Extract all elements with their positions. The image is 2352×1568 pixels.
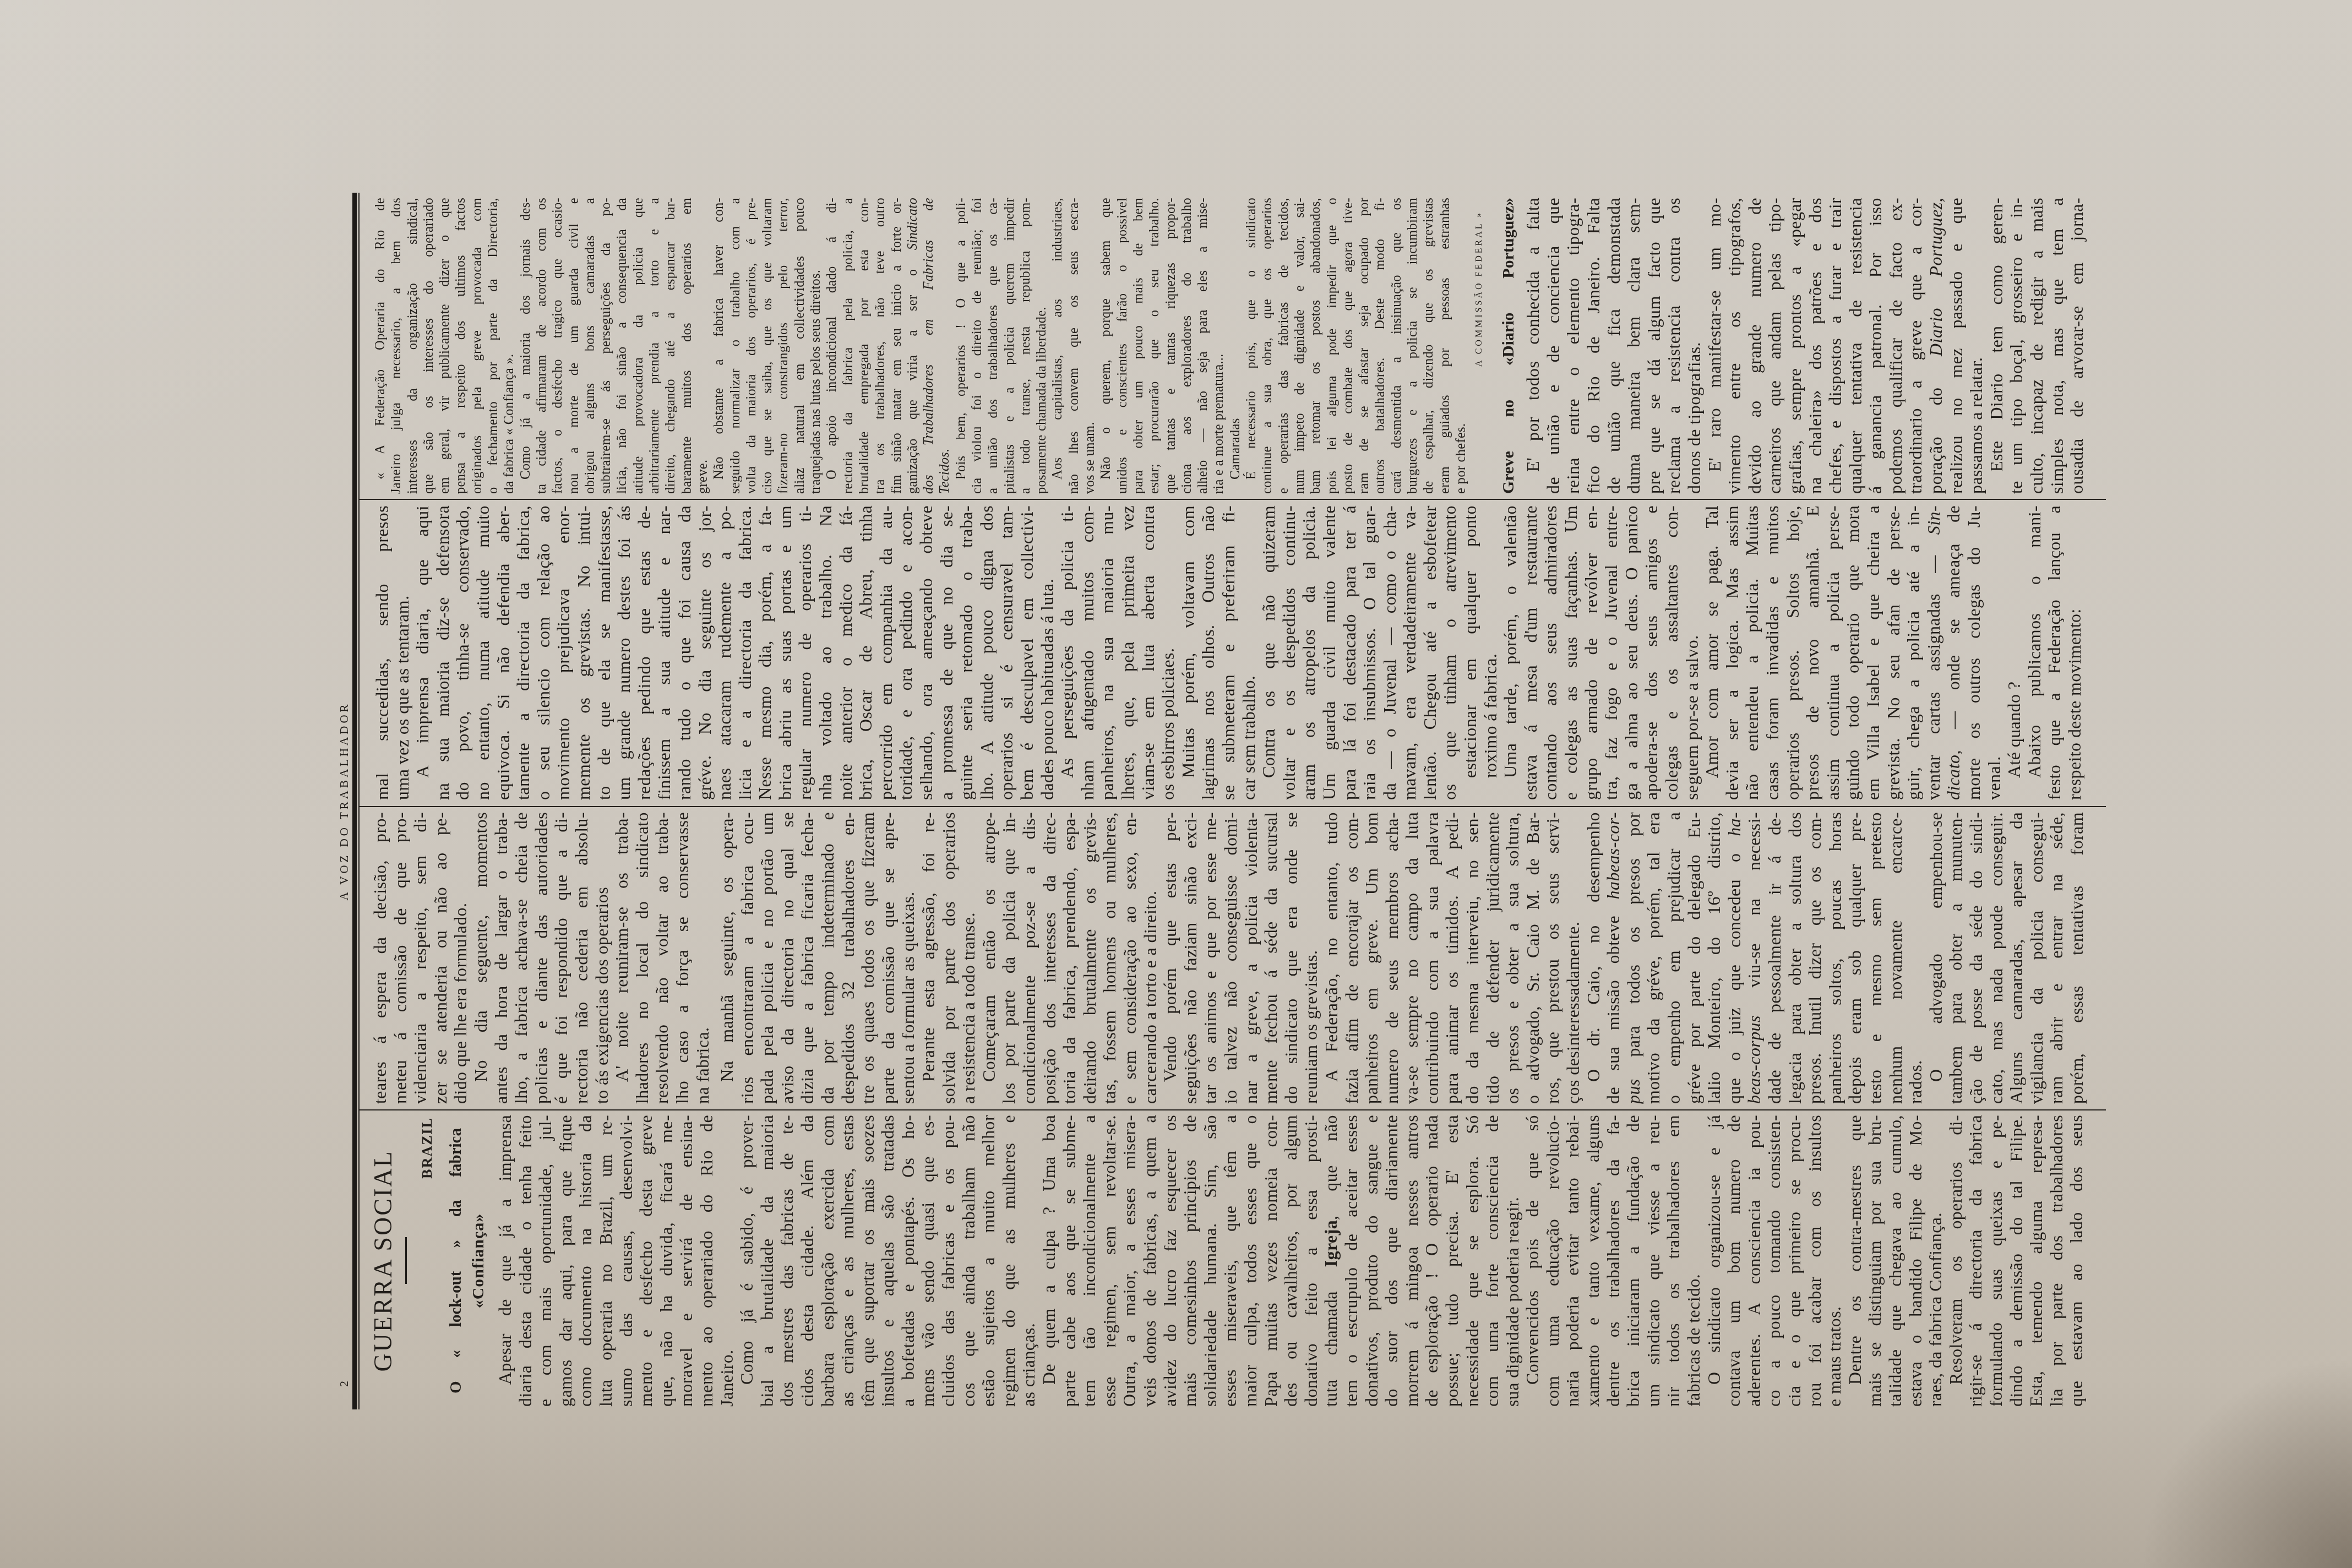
text-line: estava o bandido Filipe de Mo- [1905, 1115, 1926, 1407]
text-line: panheiros em greve. Um bom [1362, 812, 1382, 1104]
text-line: maior culpa, todos esses que o [1240, 1115, 1261, 1407]
paragraph: Aos capitalistas, aos industriaes,não lh… [1049, 198, 1098, 494]
text-line: que, não ha duvida, ficará me- [656, 1115, 677, 1407]
text-line: grupo armado de revólver en- [1581, 505, 1602, 800]
text-line: traordinario a greve que a cor- [1905, 198, 1926, 494]
text-line: rou foi acabar com os insultos [1805, 1115, 1825, 1407]
paragraph: mal succedidas, sendo presosuma vez os q… [372, 505, 412, 800]
text-line: ciona aos exploradores do trabalho [1179, 198, 1195, 494]
section-title: GUERRA SOCIAL [370, 1115, 396, 1407]
text-span: poração do [1926, 356, 1946, 494]
text-line: á ganancia patronal. Por isso [1865, 198, 1886, 494]
text-line: viam-se em luta aberta contra [1138, 505, 1158, 800]
text-line: ventar cartas assignadas — Sin- [1924, 505, 1944, 800]
text-line: dos mestres das fabricas de te- [777, 1115, 797, 1407]
text-line: a união dos trabalhadores que os ca- [985, 198, 1001, 494]
text-line: gréve por parte do delegado Eu- [1684, 812, 1705, 1104]
text-line: brica, Oscar de Abreu, tinha [856, 505, 876, 800]
text-line: aviso da directoria no qual se [777, 812, 798, 1104]
text-line: chefes, e dispostos a furar e trair [1825, 198, 1845, 494]
text-line: antes da hora de largar o traba- [491, 812, 511, 1104]
text-span: ventar cartas assignadas — [1924, 535, 1943, 800]
text-line: tido de defender juridicamente [1483, 812, 1503, 1104]
text-line: ga a alma ao seu deus. O panico [1621, 505, 1642, 800]
text-line: fazia afim de encorajar os com- [1342, 812, 1362, 1104]
text-line: cará desmentida a insinuação que os [1389, 198, 1404, 494]
text-line: qualquer tentativa de resistencia [1845, 198, 1866, 494]
text-line: posto de combate dos que agora tive- [1340, 198, 1356, 494]
paragraph: Este Diario tem como geren-te um tipo bo… [1986, 198, 2087, 494]
text-line: e por chefes. [1453, 198, 1469, 494]
text-line: burguezes e a policia se incumbiram [1404, 198, 1420, 494]
text-line: cia e o que primeiro se procu- [1784, 1115, 1805, 1407]
text-line: selhando, ora ameaçando obteve [916, 505, 937, 800]
text-line: rios encontraram a fabrica ocu- [737, 812, 758, 1104]
text-line: nha voltado ao trabalho. Na [815, 505, 836, 800]
text-line: formulando suas queixas e pe- [1986, 1115, 2006, 1407]
paragraph: É necessario pois, que o sindicatocontin… [1243, 198, 1469, 494]
text-line: lia por parte dos trabalhadores [2046, 1115, 2067, 1407]
text-line: esses miseraveis, que têm a [1220, 1115, 1240, 1407]
text-line: que tantas e tantas riquezas propor- [1163, 198, 1179, 494]
text-line: apodera-se dos seus amigos e [1641, 505, 1662, 800]
text-line: lhadores no local do sindicato [632, 812, 652, 1104]
column-1: GUERRA SOCIAL BRAZIL O « lock-out » da f… [370, 1115, 2087, 1407]
text-line: para animar os timidos. A pedi- [1442, 812, 1462, 1104]
text-line: zer se atenderia ou não ao pe- [431, 812, 451, 1104]
text-line: pois lei alguma pode impedir que o [1324, 198, 1340, 494]
text-line: nir todos os trabalhadores em [1663, 1115, 1684, 1407]
text-line: as crianças. [1019, 1115, 1039, 1407]
paragraph: E' raro manifestar-se um mo-vimento entr… [1705, 198, 1986, 494]
text-line: Dentre os contra-mestres que [1845, 1115, 1865, 1407]
text-line: teares á espera da decisão, pro- [370, 812, 390, 1104]
text-line: mento ao operariado do Rio de [696, 1115, 717, 1407]
paragraph: O advogado empenhou-setambem para obter … [1926, 812, 2087, 1104]
text-line: luta operaria no Brazil, um re- [596, 1115, 616, 1407]
text-line: para lá foi destacado para ter á [1340, 505, 1360, 800]
text-line: dos Trabalhadores em Fabricas de [921, 198, 937, 494]
text-line: ram abrir e entrar na séde, [2046, 812, 2067, 1104]
paragraph: As perseguições da policia ti-nham afuge… [1057, 505, 1178, 800]
text-line: simples nota, mas que tem a [2047, 198, 2067, 494]
text-line: com uma forte consciencia de [1482, 1115, 1502, 1407]
text-line: Muitas porém, voltavam com [1178, 505, 1199, 800]
text-line: cos que ainda trabalham não [959, 1115, 979, 1407]
text-line: dido que lhe era formulado. [450, 812, 471, 1104]
text-line: Perante esta agressão, foi re- [918, 812, 939, 1104]
text-line: beas-corpus viu-se na necessi- [1744, 812, 1765, 1104]
text-span: viu-se na necessi- [1744, 812, 1764, 1015]
text-line: rados. [1905, 812, 1926, 1104]
text-line: De quem a culpa ? Uma boa [1039, 1115, 1059, 1407]
paragraph: Apesar de que já a imprensadiaria desta … [495, 1115, 737, 1407]
text-line: panheiros, na sua maioria mu- [1097, 505, 1118, 800]
text-line: dades pouco habituadas á luta. [1037, 505, 1058, 800]
text-line: naria poderia evitar tanto rebai- [1562, 1115, 1583, 1407]
text-line: rigir-se á directoria da fabrica [1966, 1115, 1986, 1407]
text-line: com uma educação revolucio- [1543, 1115, 1563, 1407]
text-line: sumo das causas, desenvolvi- [616, 1115, 636, 1407]
text-line: Janeiro. [717, 1115, 737, 1407]
text-line: Amor com amor se paga. Tal [1702, 505, 1722, 800]
paragraph: « A Federação Operaria do Rio deJaneiro … [372, 198, 518, 494]
text-line: Uma tarde, porém, o valentão [1500, 505, 1521, 800]
paragraph: Começaram então os atrope-los por parte … [979, 812, 1160, 1104]
spacer [490, 1115, 495, 1407]
text-line: e com mais oportunidade, jul- [535, 1115, 556, 1407]
text-span: ganização que viria a ser o [905, 250, 920, 494]
text-line: estava á mesa d'um restaurante [1521, 505, 1541, 800]
italic-span: pus [1624, 1079, 1643, 1104]
text-line: naes atacaram rudemente a po- [715, 505, 735, 800]
text-line: Papa muitas vezes nomeia con- [1261, 1115, 1281, 1407]
paragraph: Pois bem, operarios ! O que a poli-cia v… [953, 198, 1050, 494]
text-line: testo e mesmo sem pretesto [1865, 812, 1886, 1104]
text-line: a resistencia a todo transe. [959, 812, 979, 1104]
text-line: as crianças e as mulheres, estas [837, 1115, 858, 1407]
paragraph: Até quando ? [2004, 505, 2024, 800]
text-line: O sindicato organizou-se e já [1704, 1115, 1724, 1407]
text-line: guindo todo operario que mora [1843, 505, 1863, 800]
text-line: na chaleira» dos patrões e dos [1805, 198, 1826, 494]
text-line: talidade que chegava ao cumulo, [1885, 1115, 1905, 1407]
text-line: lagrimas nos olhos. Outros não [1198, 505, 1218, 800]
text-line: presos de novo amanhã. E [1803, 505, 1823, 800]
text-line: regular numero de operarios ti- [795, 505, 815, 800]
text-line: gréve. No dia seguinte os jor- [695, 505, 715, 800]
text-line: possue; tudo precisa. E' esta [1442, 1115, 1462, 1407]
paragraph: Vendo porém que estas per-seguições não … [1160, 812, 1321, 1104]
text-line: resolvendo não voltar ao traba- [652, 812, 672, 1104]
paragraph: Amor com amor se paga. Taldevia ser a lo… [1702, 505, 2004, 800]
text-line: seguem por-se a salvo. [1682, 505, 1702, 800]
text-line: sentou a formular as queixas. [898, 812, 918, 1104]
text-line: O apoio incondicional dado á di- [824, 198, 840, 494]
paragraph: Como já a maioria dos jornais des-ta cid… [518, 198, 711, 494]
text-line: voltar e os despedidos continu- [1279, 505, 1299, 800]
text-span: para todos os presos por [1624, 812, 1643, 1079]
header-rule-thick [352, 193, 357, 1409]
text-line: pada pela policia e no portão um [757, 812, 777, 1104]
text-line: O dr. Caio, no desempenho [1583, 812, 1604, 1104]
text-line: Tecidos. [937, 198, 952, 494]
text-line: da fabrica « Confiança ». [501, 198, 517, 494]
text-line: movimento prejudicava enor- [553, 505, 574, 800]
text-line: depois eram sob qualquer pre- [1845, 812, 1865, 1104]
text-line: meteu á comissão de que pro- [390, 812, 411, 1104]
text-line: festo que a Federação lançou a [2044, 505, 2065, 800]
text-line: mal succedidas, sendo presos [372, 505, 393, 800]
text-line: Janeiro julga necessario, a bem dos [388, 198, 404, 494]
text-line: legacia para obter a soltura dos [1785, 812, 1805, 1104]
text-line: tem tão incondicionalmente a [1079, 1115, 1099, 1407]
paragraph: estacionar em qualquer ponto [1460, 505, 1480, 800]
text-line: Outra, a maior, a esses misera- [1119, 1115, 1140, 1407]
text-line: alheio — não seja para eles a mise- [1195, 198, 1211, 494]
text-line: unidos e conscientes farão o possivel [1114, 198, 1130, 494]
text-line: Aos capitalistas, aos industriaes, [1049, 198, 1065, 494]
text-line: licia e a directoria da fabrica. [735, 505, 755, 800]
paragraph: O apoio incondicional dado á di-rectoria… [824, 198, 952, 494]
text-line: num impeto de dignidade e valor, sai- [1292, 198, 1308, 494]
text-line: do sindicato que era onde se [1281, 812, 1302, 1104]
article-headline: O « lock-out » da fabrica [445, 1128, 467, 1393]
text-line: contando aos seus admiradores [1540, 505, 1561, 800]
running-head: 2 A VOZ DO TRABALHADOR [336, 190, 352, 1412]
text-line: volta da maioria dos operarios, é pre- [743, 198, 759, 494]
text-line: lho, a fabrica achava-se cheia de [511, 812, 531, 1104]
text-line: obrigou alguns bons camaradas a [582, 198, 598, 494]
text-line: da por tempo indeterminado e [818, 812, 838, 1104]
text-line: Contra os que não quizeram [1259, 505, 1279, 800]
text-line: ta cidade afirmaram de acordo com os [533, 198, 549, 494]
text-span: que o juiz que concedeu o [1724, 836, 1744, 1104]
text-line: finissem a sua atitude e nar- [654, 505, 674, 800]
paragraph: Dentre os contra-mestres quemais se dist… [1845, 1115, 1946, 1407]
column-2: teares á espera da decisão, pro-meteu á … [370, 812, 2087, 1104]
text-line: Pois bem, operarios ! O que a poli- [953, 198, 969, 494]
paragraph: Convencidos pois de que sócom uma educaç… [1522, 1115, 1703, 1407]
text-line: lentão. Chegou até a esbofetear [1420, 505, 1440, 800]
text-line: aram os atropelos da policia. [1299, 505, 1319, 800]
text-line: posição dos interesses da direc- [1039, 812, 1060, 1104]
text-line: estar; procurarão que o seu trabalho. [1146, 198, 1162, 494]
text-line: reina entre o elemento tipogra- [1563, 198, 1583, 494]
paragraph: A imprensa diaria, que aquina sua maiori… [412, 505, 1057, 800]
italic-span: Sin- [1924, 505, 1943, 535]
text-line: tamente a directoria da fabrica, [513, 505, 533, 800]
text-line: motivo da gréve, porém, tal era [1643, 812, 1664, 1104]
text-line: da — o Juvenal — como o cha- [1380, 505, 1400, 800]
text-line: nar a greve, a policia violenta- [1241, 812, 1261, 1104]
newspaper-page: 2 A VOZ DO TRABALHADOR GUERRA SOCIAL BRA… [319, 190, 2109, 1412]
column-rule-2 [360, 806, 2106, 807]
text-line: no entanto, numa atitude muito [473, 505, 493, 800]
text-line: A Federação, no entanto, tudo [1321, 812, 1342, 1104]
text-span: , que não [1321, 1115, 1341, 1220]
text-line: a promessa de que no dia se- [937, 505, 957, 800]
text-line: É necessario pois, que o sindicato [1243, 198, 1259, 494]
text-line: roximo á fabrica. [1480, 505, 1501, 800]
text-line: fico do Rio de Janeiro. Falta [1583, 198, 1604, 494]
text-line: parte cabe aos que se subme- [1059, 1115, 1080, 1407]
section-kicker: BRAZIL [416, 1115, 438, 1407]
text-line: originados pela greve provocada com [469, 198, 485, 494]
text-span: tuta chamada [1321, 1267, 1341, 1407]
text-line: culto, incapaz de redigir a mais [2027, 198, 2047, 494]
section-divider-line [405, 1237, 407, 1284]
text-line: aliaz natural em collectividades pouco [792, 198, 808, 494]
text-line: vos se unam. [1082, 198, 1098, 494]
text-line: factos, o desfecho tragico que ocasio- [549, 198, 565, 494]
text-line: realizou no mez passado e que [1946, 198, 1967, 494]
text-line: te um tipo boçal, grosseiro e in- [2006, 198, 2027, 494]
text-line: parte da comissão que se apre- [878, 812, 899, 1104]
text-line: e operarias das fabricas de tecidos, [1276, 198, 1292, 494]
text-line: pitalistas e a policia querem impedir [1001, 198, 1017, 494]
text-line: Como já é sabido, é prover- [737, 1115, 757, 1407]
text-line: carcerando a torto e a direito. [1140, 812, 1161, 1104]
text-line: equivoca. Si não defendia aber- [493, 505, 514, 800]
text-line: barbara esploração exercida com [818, 1115, 838, 1407]
text-line: porém, essas tentativas foram [2067, 812, 2087, 1104]
text-line: brica abriu as suas portas e um [775, 505, 796, 800]
text-line: grafias, sempre prontos a «pegar [1785, 198, 1805, 494]
text-line: têm que suportar os mais soezes [858, 1115, 878, 1407]
text-line: fim sinão matar em seu inicio a forte or… [889, 198, 905, 494]
italic-span: Tecidos. [937, 449, 952, 494]
text-line: duma maneira bem clara sem- [1624, 198, 1644, 494]
paragraph: O dr. Caio, no desempenhode sua missão o… [1583, 812, 1926, 1104]
text-line: não entendeu a policia. Muitas [1742, 505, 1762, 800]
text-line: que o juiz que concedeu o ha- [1724, 812, 1745, 1104]
text-line: o seu silencio com relação ao [533, 505, 554, 800]
text-line: seguições não faziam sinão exci- [1180, 812, 1201, 1104]
text-line: bial a brutalidade da maioria [757, 1115, 777, 1407]
text-line: Começaram então os atrope- [979, 812, 999, 1104]
text-line: em Villa Isabel e que cheira a [1863, 505, 1883, 800]
bold-span: Igreja [1321, 1220, 1341, 1267]
text-line: ços desinteressadamente. [1563, 812, 1583, 1104]
text-line: los por parte da policia que in- [999, 812, 1019, 1104]
text-line: diaria desta cidade o tenha feito [515, 1115, 536, 1407]
text-line: cia violou foi o direito de reunião; foi [969, 198, 985, 494]
text-line: Resolveram os operarios di- [1946, 1115, 1966, 1407]
text-line: cidos desta cidade. Além da [797, 1115, 818, 1407]
text-line: Até quando ? [2004, 505, 2024, 800]
text-line: tuta chamada Igreja, que não [1321, 1115, 1341, 1407]
text-line: bam retomar os postos abandonados, [1308, 198, 1324, 494]
text-line: os que tinham o atrevimento [1440, 505, 1460, 800]
text-line: Nesse mesmo dia, porém, a fa- [755, 505, 775, 800]
text-line: devido ao grande numero de [1745, 198, 1765, 494]
text-line: xamento e tanto vexame, alguns [1583, 1115, 1603, 1407]
text-line: to de que ela se manifestasse, [594, 505, 614, 800]
text-line: rectoria da fabrica pela policia, a [840, 198, 856, 494]
header-rule-thin [358, 193, 360, 1409]
text-line: pus para todos os presos por [1624, 812, 1644, 1104]
text-line: memente os grevistas. No intui- [574, 505, 594, 800]
text-line: um grande numero destes foi ás [614, 505, 634, 800]
text-line: é que foi respondido que a di- [551, 812, 571, 1104]
text-line: deirando brutalmente os grevis- [1080, 812, 1100, 1104]
text-line: O advogado empenhou-se [1926, 812, 1946, 1104]
text-line: donativos, produto do sangue e [1362, 1115, 1382, 1407]
text-line: Na manhã seguinte, os opera- [717, 812, 737, 1104]
text-line: necessidade que se esplora. Só [1462, 1115, 1483, 1407]
text-line: cluidos das fabricas e os pou- [938, 1115, 959, 1407]
text-line: que estavam ao lado dos seus [2066, 1115, 2087, 1407]
text-line: mento e desfecho desta greve [636, 1115, 656, 1407]
text-line: ção de posse da séde do sindi- [1966, 812, 1986, 1104]
text-line: cato, mas nada poude conseguir. [1986, 812, 2007, 1104]
text-line: A imprensa diaria, que aqui [412, 505, 433, 800]
text-line: va-se sempre no campo da luta [1402, 812, 1422, 1104]
paragraph: O sindicato organizou-se e jácontava um … [1704, 1115, 1845, 1407]
text-line: casas foram invadidas e muitos [1762, 505, 1783, 800]
text-line: contribuindo com a sua palavra [1422, 812, 1442, 1104]
paragraph: Não obstante a fabrica haver con-seguido… [711, 198, 824, 494]
text-line: Alguns camaradas, apesar da [2006, 812, 2027, 1104]
text-line: condicionalmente poz-se a dis- [1019, 812, 1039, 1104]
text-line: car sem trabalho. [1239, 505, 1259, 800]
text-line: devia ser a logica. Mas assim [1722, 505, 1743, 800]
text-line: toridade, e ora pedindo e acon- [896, 505, 916, 800]
text-line: despedidos 32 trabalhadores en- [838, 812, 858, 1104]
text-line: solidariedade humana. Sim, são [1200, 1115, 1221, 1407]
section-divider [396, 1115, 416, 1407]
paragraph: Resolveram os operarios di-rigir-se á di… [1946, 1115, 2087, 1407]
text-line: donativo feito a essa prosti- [1301, 1115, 1321, 1407]
signature: A COMMISSÃO FEDERAL » [1469, 198, 1490, 494]
text-line: mavam, era verdadeiramente va- [1400, 505, 1420, 800]
text-line: Um guarda civil muito valente [1319, 505, 1340, 800]
text-line: donos de tipografias. [1684, 198, 1705, 494]
text-line: « A Federação Operaria do Rio de [372, 198, 388, 494]
text-line: Este Diario tem como geren- [1986, 198, 2007, 494]
text-line: do da mesma interveiu, no sen- [1462, 812, 1483, 1104]
text-line: lheres, que, pela primeira vez [1118, 505, 1138, 800]
text-line: de união que fica demonstada [1604, 198, 1624, 494]
text-line: na sua maioria diz-se defensora [433, 505, 453, 800]
text-line: baramente muitos dos operarios em [679, 198, 695, 494]
text-line: de esploração ! O operario nada [1422, 1115, 1442, 1407]
text-line: dizia que a fabrica ficaria fecha- [797, 812, 818, 1104]
text-line: nou a morte de um guarda civil e [566, 198, 582, 494]
paragraph: Uma tarde, porém, o valentãoestava á mes… [1500, 505, 1702, 800]
text-line: os esbirros policiaes. [1158, 505, 1178, 800]
text-line: E' por todos conhecida a falta [1523, 198, 1543, 494]
text-line: As perseguições da policia ti- [1057, 505, 1077, 800]
text-line: em geral, vir publicamente dizer o que [437, 198, 453, 494]
text-line: grevista. No seu afan de perse- [1883, 505, 1904, 800]
text-line: respeito deste movimento: [2065, 505, 2085, 800]
italic-span: dos Trabalhadores em Fabricas de [921, 198, 936, 494]
text-line: poração do Diario Portuguez, [1926, 198, 1946, 494]
text-line: redações pedindo que estas de- [634, 505, 655, 800]
text-line: dade de pessoalmente ir á de- [1765, 812, 1785, 1104]
italic-span: dicato, [1943, 750, 1963, 800]
paragraph: Perante esta agressão, foi re-solvida po… [918, 812, 979, 1104]
text-line: podemos qualificar de facto ex- [1886, 198, 1906, 494]
text-line: que são os interesses do operariado [421, 198, 437, 494]
text-line: e colegas as suas façanhas. Um [1561, 505, 1581, 800]
text-line: a bofetadas e pontapés. Os ho- [898, 1115, 918, 1407]
text-line: pre que se dá algum facto que [1644, 198, 1664, 494]
paragraph: Não o querem, porque sabem queunidos e c… [1098, 198, 1227, 494]
text-line: e sem consideração ao sexo, en- [1120, 812, 1140, 1104]
article-headline-line-2: «Confiança» [467, 1115, 490, 1407]
text-line: videnciaria a respeito, sem di- [410, 812, 431, 1104]
text-line: insultos e aquelas são tratadas [878, 1115, 898, 1407]
text-line: Abaixo publicamos o mani- [2024, 505, 2045, 800]
paragraph: Muitas porém, voltavam comlagrimas nos o… [1178, 505, 1259, 800]
text-line: um sindicato que viesse a reu- [1643, 1115, 1664, 1407]
text-line: passamos a relatar. [1966, 198, 1986, 494]
paragraph: Contra os que não quizeramvoltar e os de… [1259, 505, 1460, 800]
text-line: se submeteram e preferiram fi- [1218, 505, 1239, 800]
text-line: greve. [695, 198, 711, 494]
text-line: vigilancia da policia consegui- [2027, 812, 2047, 1104]
text-line: rectoria não cederia em absolu- [571, 812, 592, 1104]
text-line: dentre os trabalhadores da fa- [1603, 1115, 1624, 1407]
paragraph: A' noite reuniram-se os traba-lhadores n… [612, 812, 712, 1104]
text-line: solvida por parte dos operarios [939, 812, 959, 1104]
text-span: — onde se ameaça de [1943, 505, 1963, 750]
text-line: Apesar de que já a imprensa [495, 1115, 515, 1407]
text-line: co a pouco tomando consisten- [1764, 1115, 1784, 1407]
